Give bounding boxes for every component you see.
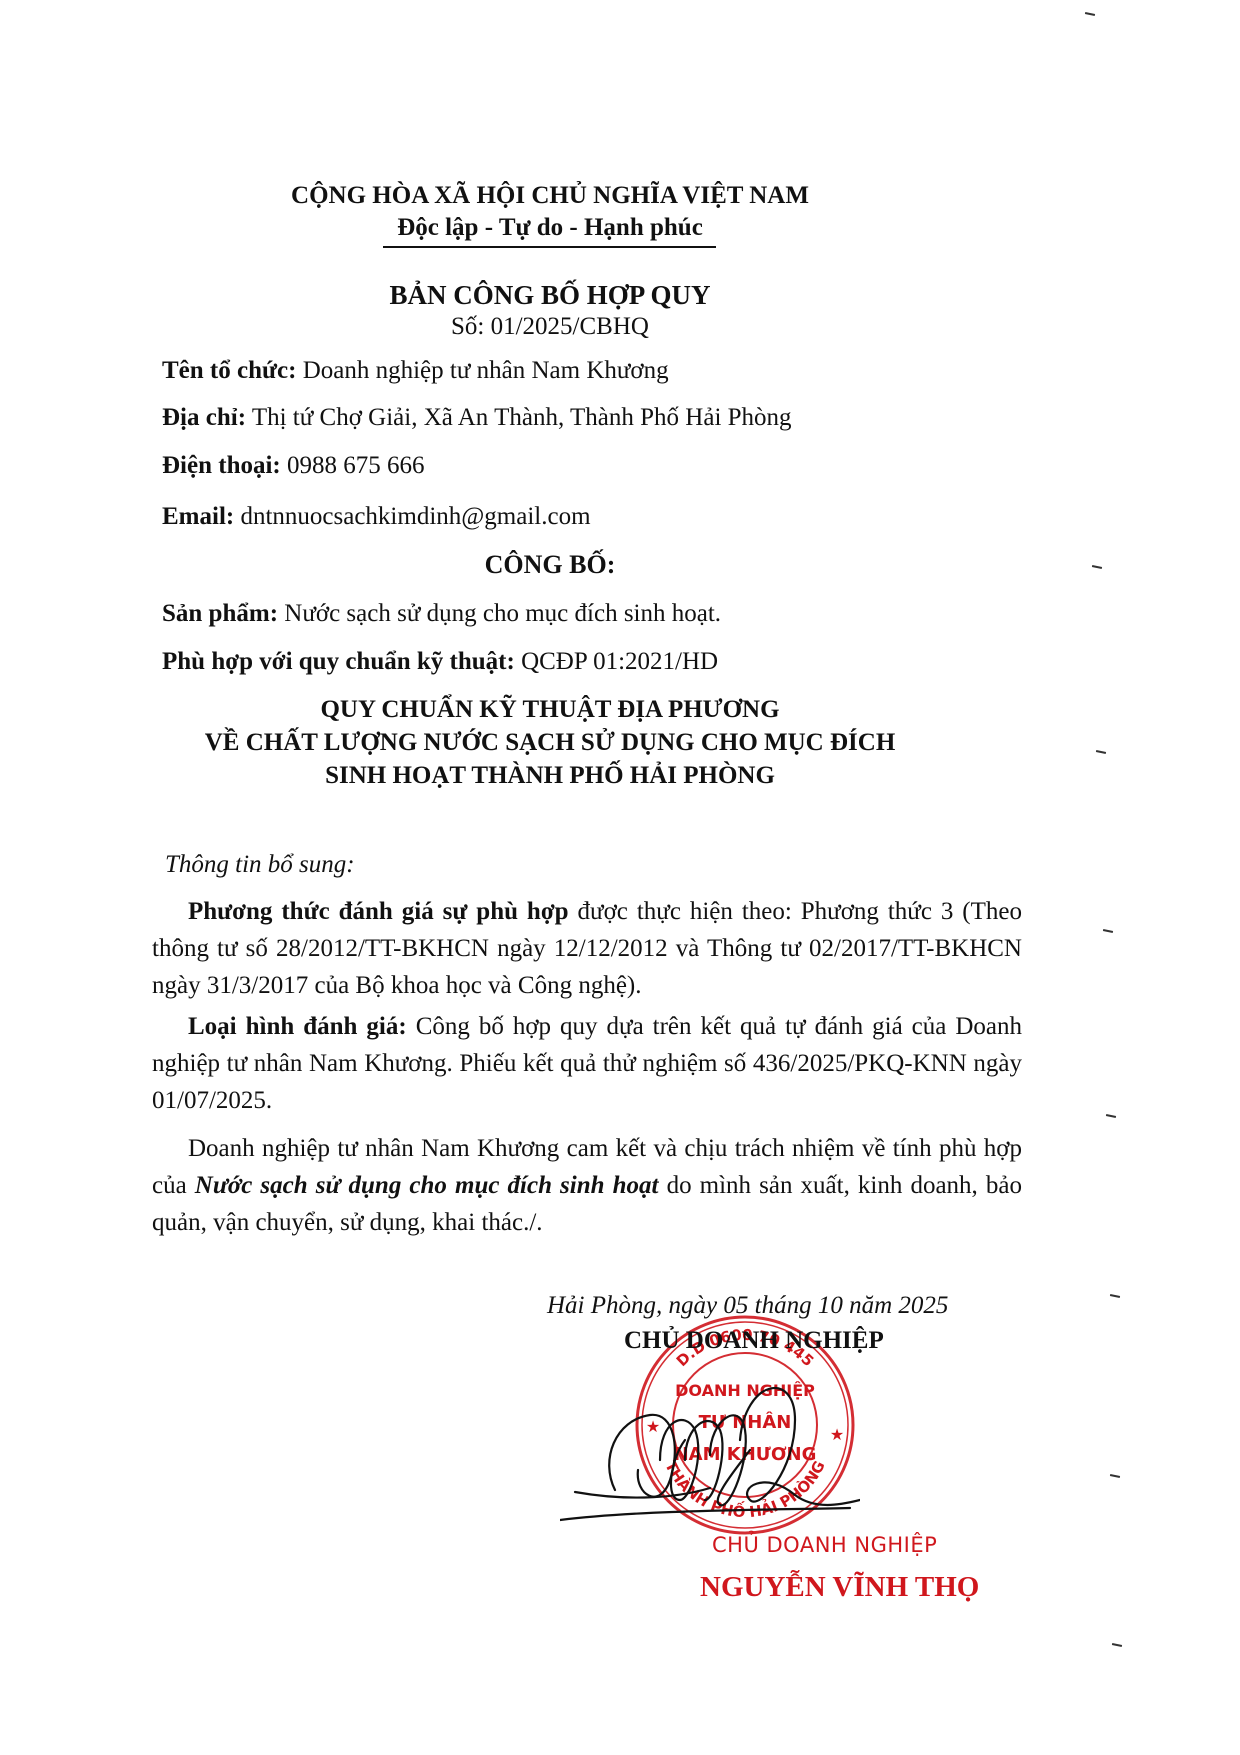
country-heading: CỘNG HÒA XÃ HỘI CHỦ NGHĨA VIỆT NAM — [0, 182, 1100, 210]
scan-mark — [1103, 929, 1113, 933]
org-email-label: Email: — [162, 503, 234, 530]
org-address-label: Địa chỉ: — [162, 404, 246, 431]
stamp-signer-title: CHỦ DOANH NGHIỆP — [712, 1533, 937, 1557]
product-field: Sản phẩm: Nước sạch sử dụng cho mục đích… — [162, 600, 721, 628]
standard-name-line: QUY CHUẨN KỸ THUẬT ĐỊA PHƯƠNG — [0, 696, 1100, 724]
org-name-label: Tên tổ chức: — [162, 357, 296, 384]
motto-heading: Độc lập - Tự do - Hạnh phúc — [0, 214, 1100, 242]
standard-field: Phù hợp với quy chuẩn kỹ thuật: QCĐP 01:… — [162, 648, 718, 676]
header-divider — [383, 246, 716, 248]
standard-name-line: VỀ CHẤT LƯỢNG NƯỚC SẠCH SỬ DỤNG CHO MỤC … — [0, 729, 1100, 757]
assessment-type-paragraph: Loại hình đánh giá: Công bố hợp quy dựa … — [152, 1008, 1022, 1119]
scan-mark — [1110, 1474, 1120, 1478]
product-label: Sản phẩm: — [162, 600, 278, 627]
handwritten-signature — [560, 1360, 860, 1560]
org-email-field: Email: dntnnuocsachkimdinh@gmail.com — [162, 503, 591, 531]
document-title: BẢN CÔNG BỐ HỢP QUY — [0, 280, 1100, 311]
signer-title: CHỦ DOANH NGHIỆP — [624, 1327, 884, 1355]
org-name-value: Doanh nghiệp tư nhân Nam Khương — [296, 357, 668, 384]
org-address-value: Thị tứ Chợ Giải, Xã An Thành, Thành Phố … — [246, 404, 792, 431]
commitment-paragraph: Doanh nghiệp tư nhân Nam Khương cam kết … — [152, 1130, 1022, 1241]
scan-mark — [1106, 1114, 1116, 1118]
org-phone-field: Điện thoại: 0988 675 666 — [162, 452, 425, 480]
standard-name-line: SINH HOẠT THÀNH PHỐ HẢI PHÒNG — [0, 762, 1100, 790]
org-name-field: Tên tổ chức: Doanh nghiệp tư nhân Nam Kh… — [162, 357, 669, 385]
document-number: Số: 01/2025/CBHQ — [0, 313, 1100, 341]
org-address-field: Địa chỉ: Thị tứ Chợ Giải, Xã An Thành, T… — [162, 404, 792, 432]
scan-mark — [1112, 1643, 1122, 1647]
org-phone-value: 0988 675 666 — [281, 452, 425, 479]
additional-info-label: Thông tin bổ sung: — [165, 851, 355, 879]
signer-name: NGUYỄN VĨNH THỌ — [700, 1571, 979, 1604]
scan-mark — [1085, 12, 1095, 16]
commitment-product: Nước sạch sử dụng cho mục đích sinh hoạt — [195, 1172, 659, 1199]
scan-mark — [1110, 1294, 1120, 1298]
assessment-type-label: Loại hình đánh giá: — [188, 1013, 407, 1040]
product-value: Nước sạch sử dụng cho mục đích sinh hoạt… — [278, 600, 721, 627]
standard-value: QCĐP 01:2021/HD — [515, 648, 718, 675]
org-email-value[interactable]: dntnnuocsachkimdinh@gmail.com — [234, 503, 590, 530]
declaration-heading: CÔNG BỐ: — [0, 550, 1100, 580]
method-label: Phương thức đánh giá sự phù hợp — [188, 898, 569, 925]
standard-label: Phù hợp với quy chuẩn kỹ thuật: — [162, 648, 515, 675]
org-phone-label: Điện thoại: — [162, 452, 281, 479]
method-paragraph: Phương thức đánh giá sự phù hợp được thự… — [152, 893, 1022, 1004]
